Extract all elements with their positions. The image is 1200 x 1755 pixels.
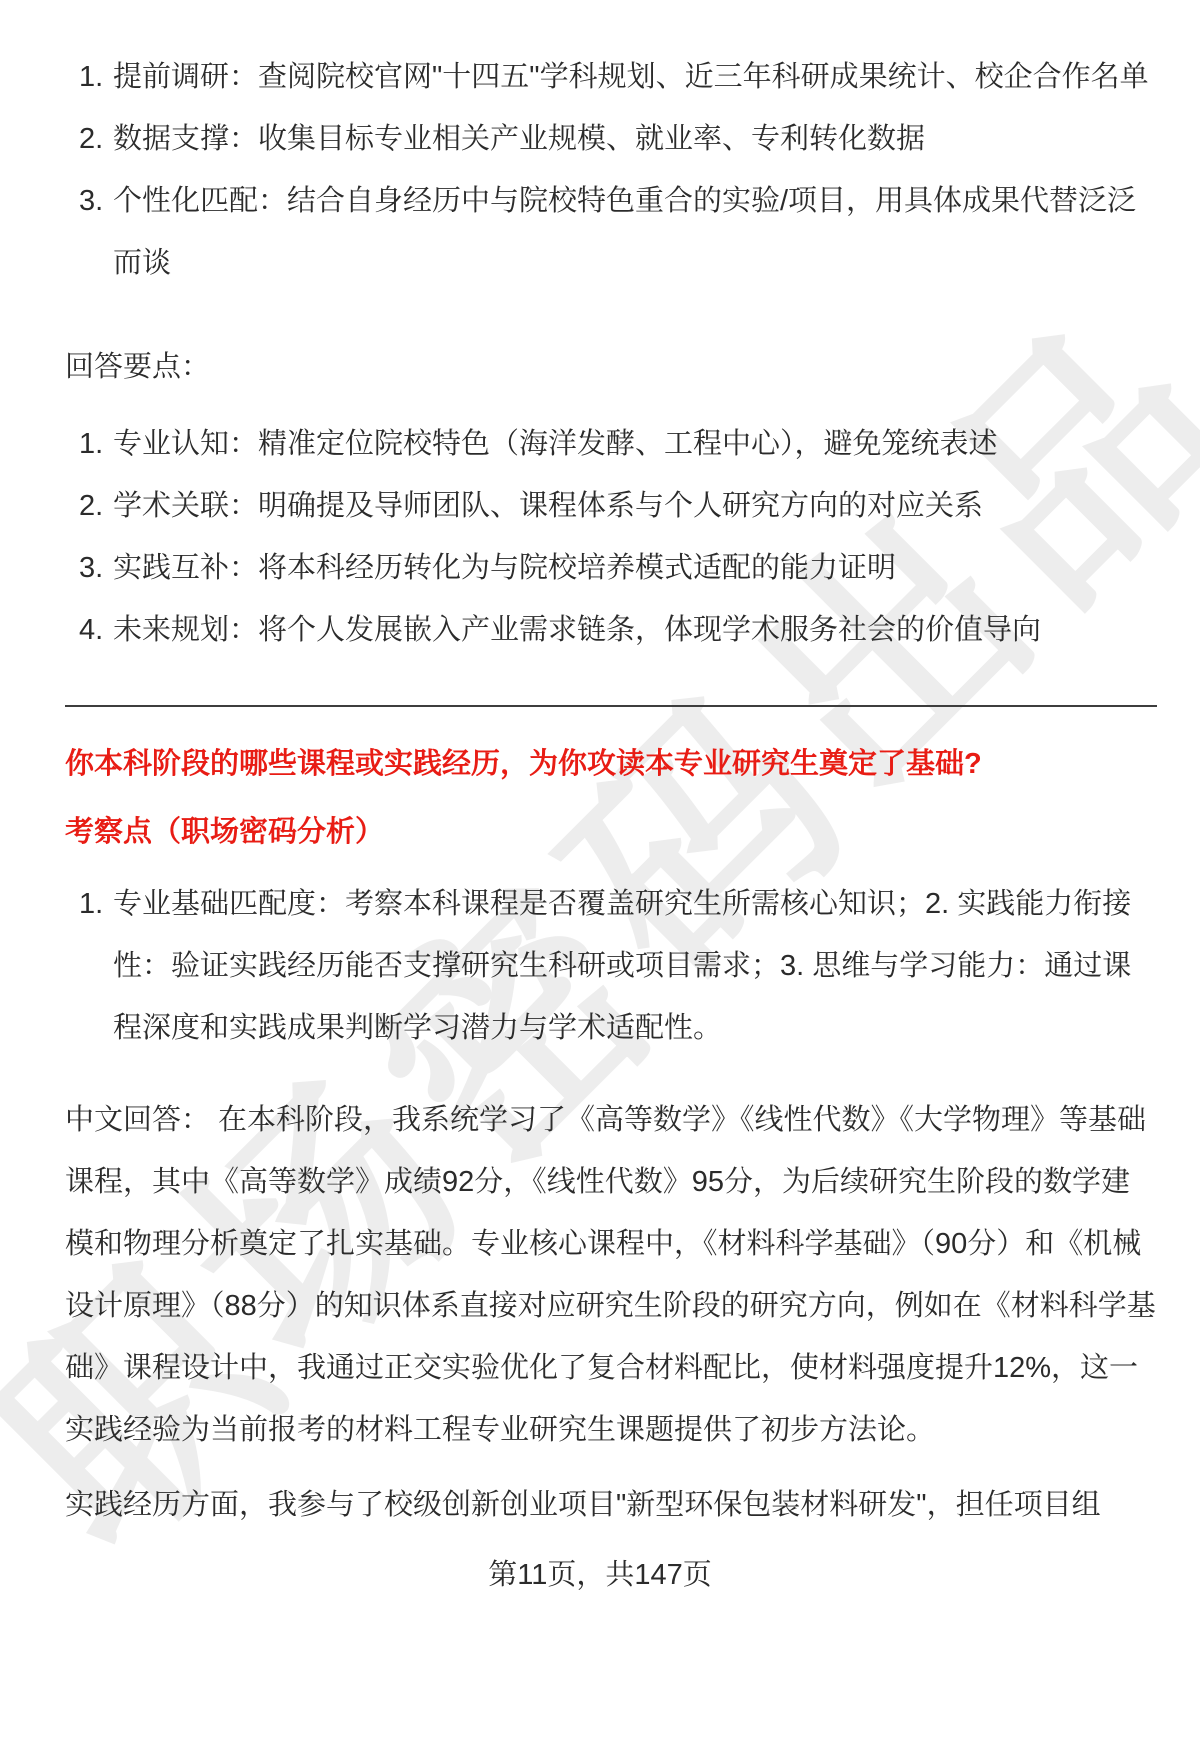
- list-item-text: 未来规划：将个人发展嵌入产业需求链条，体现学术服务社会的价值导向: [113, 599, 1157, 661]
- list-item: 4. 未来规划：将个人发展嵌入产业需求链条，体现学术服务社会的价值导向: [65, 599, 1157, 661]
- list-item: 2. 学术关联：明确提及导师团队、课程体系与个人研究方向的对应关系: [65, 475, 1157, 537]
- list-item-number: 1.: [79, 413, 113, 475]
- list-item-text: 专业认知：精准定位院校特色（海洋发酵、工程中心），避免笼统表述: [113, 413, 1157, 475]
- list-item-number: 2.: [79, 108, 113, 170]
- page-content: 1. 提前调研：查阅院校官网"十四五"学科规划、近三年科研成果统计、校企合作名单…: [0, 0, 1200, 1606]
- list-item-number: 3.: [79, 170, 113, 232]
- list-item-text: 数据支撑：收集目标专业相关产业规模、就业率、专利转化数据: [113, 108, 1157, 170]
- chinese-answer-paragraph: 中文回答： 在本科阶段，我系统学习了《高等数学》《线性代数》《大学物理》等基础课…: [65, 1089, 1157, 1461]
- list-item-text: 实践互补：将本科经历转化为与院校培养模式适配的能力证明: [113, 537, 1157, 599]
- list-item: 1. 专业认知：精准定位院校特色（海洋发酵、工程中心），避免笼统表述: [65, 413, 1157, 475]
- list-item: 3. 个性化匹配：结合自身经历中与院校特色重合的实验/项目，用具体成果代替泛泛而…: [65, 170, 1157, 294]
- list-item-number: 4.: [79, 599, 113, 661]
- list-item: 1. 专业基础匹配度：考察本科课程是否覆盖研究生所需核心知识；2. 实践能力衔接…: [65, 873, 1157, 1059]
- examine-points-list: 1. 专业基础匹配度：考察本科课程是否覆盖研究生所需核心知识；2. 实践能力衔接…: [65, 873, 1157, 1059]
- practice-experience-paragraph: 实践经历方面，我参与了校级创新创业项目"新型环保包装材料研发"，担任项目组: [65, 1474, 1157, 1536]
- list-item: 2. 数据支撑：收集目标专业相关产业规模、就业率、专利转化数据: [65, 108, 1157, 170]
- page-footer: 第11页，共147页: [43, 1544, 1157, 1606]
- question-heading: 你本科阶段的哪些课程或实践经历，为你攻读本专业研究生奠定了基础?: [65, 733, 1157, 795]
- list-item-text: 提前调研：查阅院校官网"十四五"学科规划、近三年科研成果统计、校企合作名单: [113, 46, 1157, 108]
- document-page: 职场密码出品 1. 提前调研：查阅院校官网"十四五"学科规划、近三年科研成果统计…: [0, 0, 1200, 1755]
- list-item: 1. 提前调研：查阅院校官网"十四五"学科规划、近三年科研成果统计、校企合作名单: [65, 46, 1157, 108]
- list-item-number: 1.: [79, 46, 113, 108]
- answer-points-list: 1. 专业认知：精准定位院校特色（海洋发酵、工程中心），避免笼统表述 2. 学术…: [65, 413, 1157, 661]
- list-item-number: 3.: [79, 537, 113, 599]
- tips-list: 1. 提前调研：查阅院校官网"十四五"学科规划、近三年科研成果统计、校企合作名单…: [65, 46, 1157, 294]
- list-item: 3. 实践互补：将本科经历转化为与院校培养模式适配的能力证明: [65, 537, 1157, 599]
- list-item-text: 专业基础匹配度：考察本科课程是否覆盖研究生所需核心知识；2. 实践能力衔接性：验…: [113, 873, 1157, 1059]
- list-item-text: 个性化匹配：结合自身经历中与院校特色重合的实验/项目，用具体成果代替泛泛而谈: [113, 170, 1157, 294]
- examine-points-heading: 考察点（职场密码分析）: [65, 801, 1157, 863]
- list-item-number: 1.: [79, 873, 113, 935]
- list-item-text: 学术关联：明确提及导师团队、课程体系与个人研究方向的对应关系: [113, 475, 1157, 537]
- answer-points-label: 回答要点：: [65, 336, 1157, 398]
- section-divider: [65, 705, 1157, 707]
- list-item-number: 2.: [79, 475, 113, 537]
